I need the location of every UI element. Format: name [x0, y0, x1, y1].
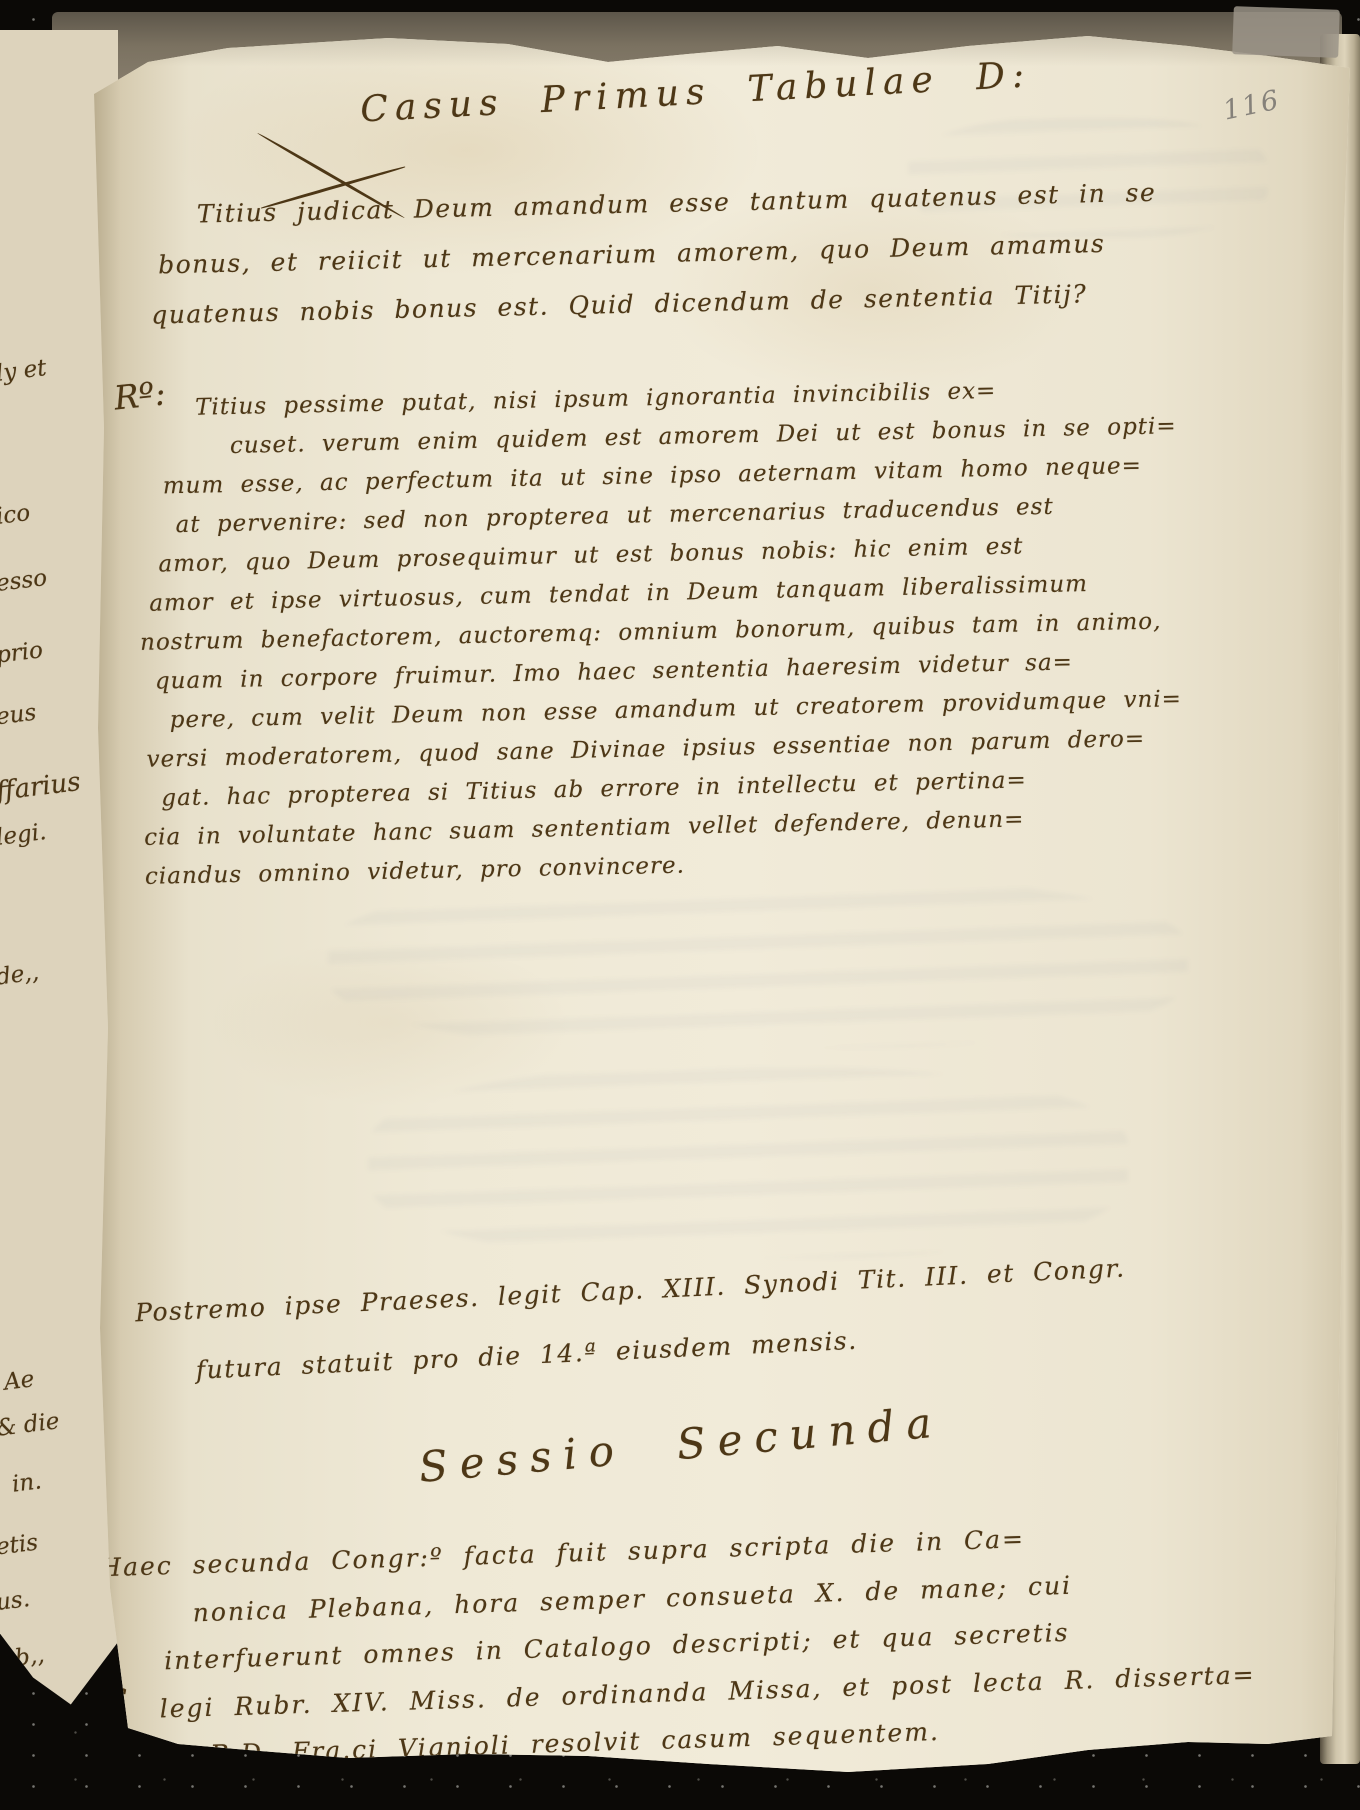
ink-bleed-through: [328, 878, 1188, 1048]
session-closing-note: Postremo ipse Praeses. legit Cap. XIII. …: [134, 1233, 1258, 1404]
ink-bleed-through: [368, 1068, 1128, 1258]
gutter-fragment: ffarius: [0, 767, 82, 807]
gutter-fragment: esso: [0, 565, 48, 597]
folio-number-pencil: 116: [1220, 84, 1283, 126]
session-two-paragraph: Haec secunda Congr:º facta fuit supra sc…: [99, 1508, 1266, 1782]
gutter-fragment: ly et: [0, 355, 48, 387]
manuscript-scan: ly et ico esso prio eus ffarius legi. de…: [0, 0, 1360, 1810]
gutter-fragment: & die: [0, 1408, 61, 1442]
gutter-fragment: de,,: [0, 959, 40, 990]
gutter-fragment: etis: [0, 1530, 39, 1561]
gutter-fragment: ico: [0, 500, 32, 530]
gutter-fragment: eus: [0, 700, 38, 731]
session-heading: Sessio Secunda: [417, 1397, 945, 1492]
manuscript-page: Casus Primus Tabulae D: 116 Titius judic…: [88, 28, 1350, 1773]
gutter-fragment: Ae: [3, 1366, 36, 1395]
case-response: Titius pessime putat, nisi ipsum ignoran…: [133, 366, 1283, 897]
gutter-fragment: in.: [11, 1468, 43, 1497]
gutter-fragment: legi.: [0, 819, 48, 851]
tape-patch: [1232, 6, 1340, 58]
case-heading: Casus Primus Tabulae D:: [359, 54, 1032, 130]
gutter-fragment: us.: [0, 1586, 31, 1616]
gutter-fragment: prio: [0, 637, 44, 669]
